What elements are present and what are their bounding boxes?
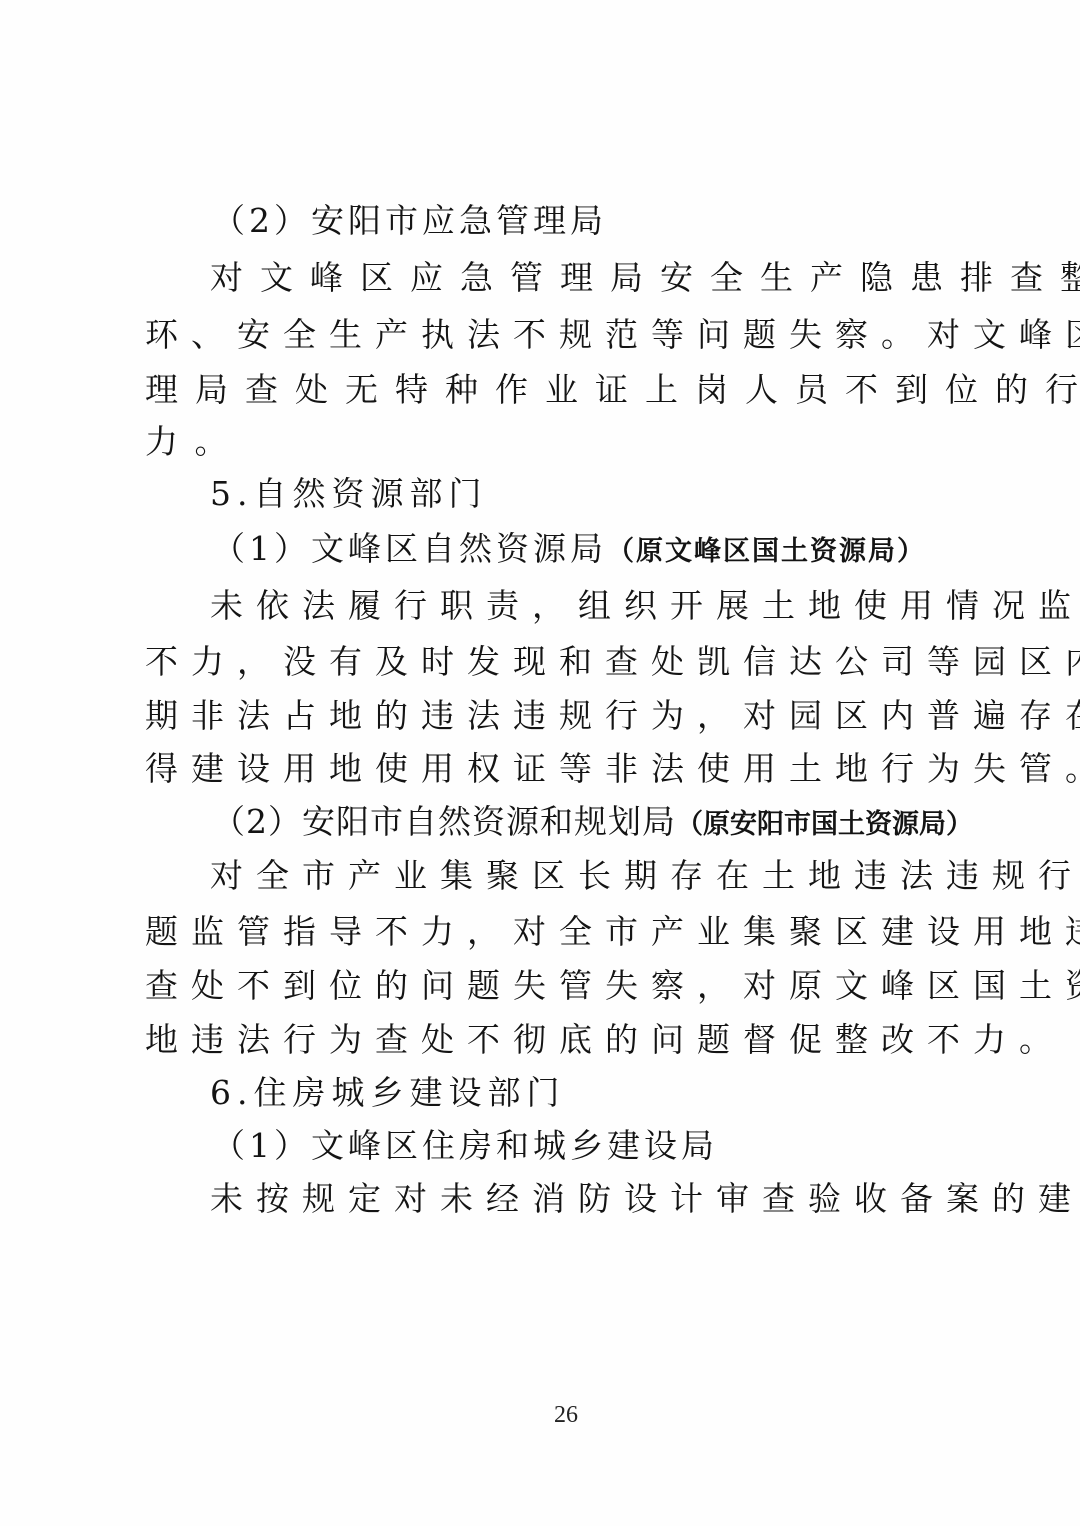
subheading-anyang-emergency: （2）安阳市应急管理局 [212, 201, 1017, 241]
document-page: （2）安阳市应急管理局 对文峰区应急管理局安全生产隐患排查整改不闭 环、安全生产… [0, 0, 1080, 1526]
subheading-note: （原文峰区国土资源局） [607, 536, 926, 567]
paragraph-line: 对文峰区应急管理局安全生产隐患排查整改不闭 [210, 258, 1015, 298]
paragraph-line: 不力，没有及时发现和查处凯信达公司等园区内企业长 [145, 642, 950, 682]
paragraph-line: 期非法占地的违法违规行为，对园区内普遍存在的未取 [145, 696, 950, 736]
subheading-text: （2）安阳市自然资源和规划局 [212, 802, 676, 841]
paragraph-line: 环、安全生产执法不规范等问题失察。对文峰区应急管 [145, 315, 950, 355]
subheading-wenfeng-natural-resources: （1）文峰区自然资源局（原文峰区国土资源局） [212, 529, 1017, 569]
paragraph-line: 对全市产业集聚区长期存在土地违法违规行为的问 [210, 856, 1015, 896]
paragraph-line: 查处不到位的问题失管失察，对原文峰区国土资源局土 [145, 966, 950, 1006]
paragraph-line: 得建设用地使用权证等非法使用土地行为失管。 [145, 749, 950, 789]
section-heading-natural-resources: 5.自然资源部门 [210, 474, 1015, 514]
paragraph-line: 理局查处无特种作业证上岗人员不到位的行为督导不 [145, 370, 950, 410]
subheading-text: （2）安阳市应急管理局 [212, 201, 607, 240]
subheading-text: （1）文峰区住房和城乡建设局 [212, 1126, 718, 1165]
subheading-anyang-natural-resources: （2）安阳市自然资源和规划局（原安阳市国土资源局） [212, 802, 1017, 842]
section-heading-housing-construction: 6.住房城乡建设部门 [210, 1073, 1015, 1113]
paragraph-line: 未依法履行职责，组织开展土地使用情况监督检查 [210, 586, 1015, 626]
page-number: 26 [0, 1402, 1080, 1429]
paragraph-line: 地违法行为查处不彻底的问题督促整改不力。 [145, 1020, 950, 1060]
subheading-text: （1）文峰区自然资源局 [212, 529, 607, 568]
paragraph-line: 未按规定对未经消防设计审查验收备案的建设工程 [210, 1179, 1015, 1219]
paragraph-line: 力。 [145, 422, 950, 462]
subheading-wenfeng-housing: （1）文峰区住房和城乡建设局 [212, 1126, 1017, 1166]
subheading-note: （原安阳市国土资源局） [676, 809, 973, 840]
paragraph-line: 题监管指导不力，对全市产业集聚区建设用地违法行为 [145, 912, 950, 952]
